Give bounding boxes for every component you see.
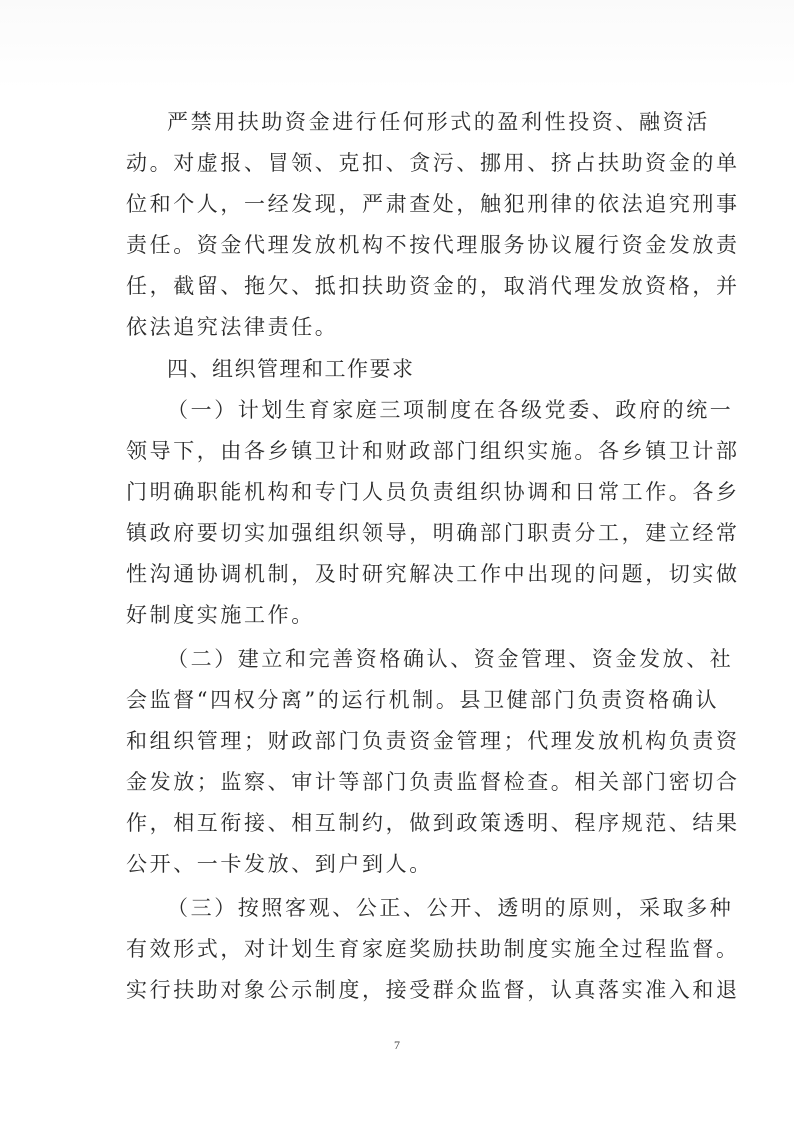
scan-artifact [0, 0, 794, 90]
text-line: 位和个人，一经发现，严肃查处，触犯刑律的依法追究刑事 [126, 190, 692, 218]
document-page: 严禁用扶助资金进行任何形式的盈利性投资、融资活 动。对虚报、冒领、克扣、贪污、挪… [0, 0, 794, 1122]
text-line: 性沟通协调机制，及时研究解决工作中出现的问题，切实做 [126, 560, 692, 588]
text-line: 公开、一卡发放、到户到人。 [126, 850, 692, 878]
text-line: 和组织管理；财政部门负责资金管理；代理发放机构负责资 [126, 727, 692, 755]
text-line: 金发放；监察、审计等部门负责监督检查。相关部门密切合 [126, 768, 692, 796]
text-line: 实行扶助对象公示制度，接受群众监督，认真落实准入和退 [126, 976, 692, 1004]
text-line: 严禁用扶助资金进行任何形式的盈利性投资、融资活 [167, 108, 692, 136]
text-line: 领导下，由各乡镇卫计和财政部门组织实施。各乡镇卫计部 [126, 437, 692, 465]
text-line: 好制度实施工作。 [126, 601, 692, 629]
text-line: 门明确职能机构和专门人员负责组织协调和日常工作。各乡 [126, 478, 692, 506]
section-heading: 四、组织管理和工作要求 [167, 355, 415, 383]
text-line: 依法追究法律责任。 [126, 313, 692, 341]
text-line: （二）建立和完善资格确认、资金管理、资金发放、社 [167, 645, 692, 673]
text-line: 责任。资金代理发放机构不按代理服务协议履行资金发放责 [126, 231, 692, 259]
text-line: 任，截留、拖欠、抵扣扶助资金的，取消代理发放资格，并 [126, 272, 692, 300]
text-line: 有效形式，对计划生育家庭奖励扶助制度实施全过程监督。 [126, 935, 692, 963]
text-line: （一）计划生育家庭三项制度在各级党委、政府的统一 [167, 396, 692, 424]
text-line: 动。对虚报、冒领、克扣、贪污、挪用、挤占扶助资金的单 [126, 149, 692, 177]
page-number: 7 [0, 1038, 794, 1053]
text-line: 会监督“四权分离”的运行机制。县卫健部门负责资格确认 [126, 686, 692, 714]
text-line: 镇政府要切实加强组织领导，明确部门职责分工，建立经常 [126, 519, 692, 547]
text-line: （三）按照客观、公正、公开、透明的原则，采取多种 [167, 894, 692, 922]
text-line: 作，相互衔接、相互制约，做到政策透明、程序规范、结果 [126, 809, 692, 837]
